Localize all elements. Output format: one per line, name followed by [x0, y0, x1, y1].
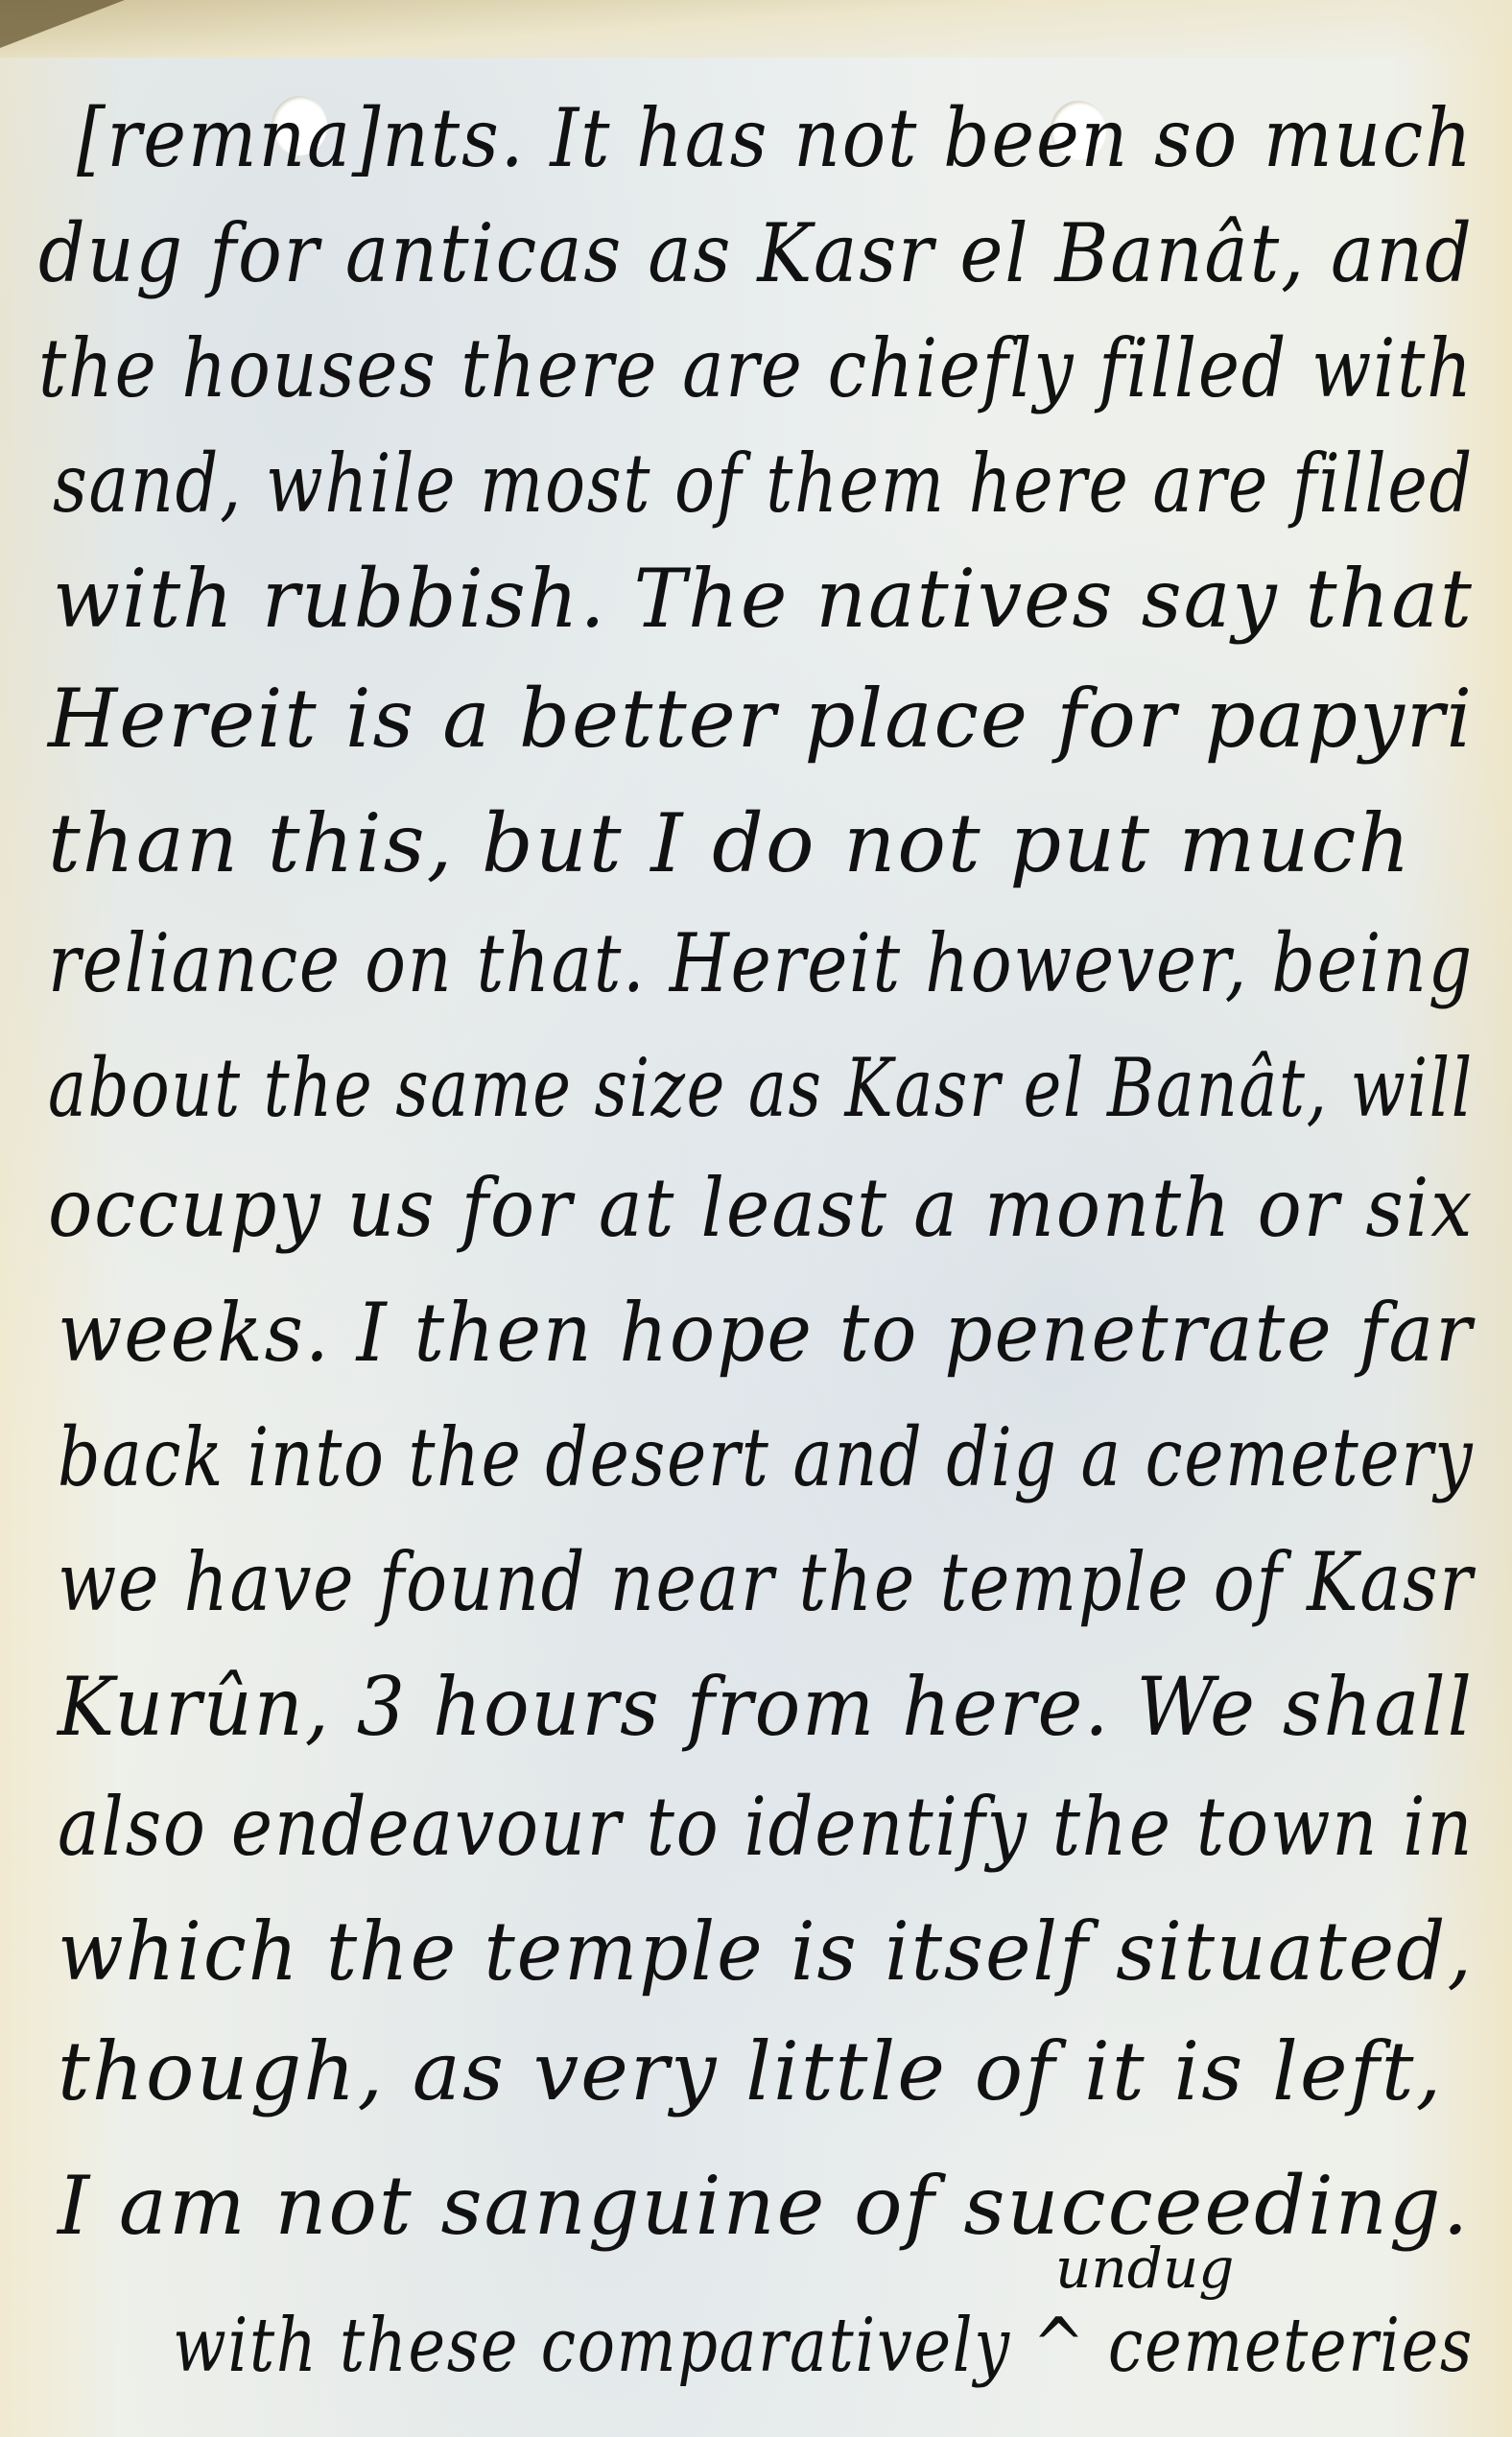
letter-line: than this, but I do not put much [48, 796, 1412, 890]
letter-line: with these comparatively ^ cemeteries [173, 2303, 1474, 2389]
letter-line: occupy us for at least a month or six [48, 1161, 1474, 1255]
letter-line: sand, while most of them here are filled [53, 437, 1474, 531]
letter-line: we have found near the temple of Kasr [58, 1535, 1474, 1629]
letter-line: Hereit is a better place for papyri [48, 672, 1474, 766]
letter-line: reliance on that. Hereit however, being [48, 916, 1474, 1010]
letter-line: I am not sanguine of succeeding. [58, 2159, 1470, 2253]
interlinear-insertion: undug [1055, 2236, 1234, 2301]
letter-line: back into the desert and dig a cemetery [58, 1410, 1474, 1504]
letter-line: though, as very little of it is left, [58, 2024, 1443, 2118]
letter-line: the houses there are chiefly filled with [38, 321, 1474, 415]
letter-line: [remna]nts. It has not been so much [77, 91, 1474, 185]
letter-line: weeks. I then hope to penetrate far [58, 1286, 1474, 1380]
handwritten-letter: [remna]nts. It has not been so much dug … [0, 0, 1512, 2437]
letter-line: also endeavour to identify the town in [58, 1780, 1474, 1874]
letter-line: which the temple is itself situated, [58, 1905, 1474, 1999]
letter-line: dug for anticas as Kasr el Banât, and [38, 206, 1474, 300]
letter-line: Kurûn, 3 hours from here. We shall [58, 1660, 1474, 1754]
letter-line: with rubbish. The natives say that [53, 552, 1474, 646]
letter-line: about the same size as Kasr el Banât, wi… [48, 1041, 1474, 1135]
